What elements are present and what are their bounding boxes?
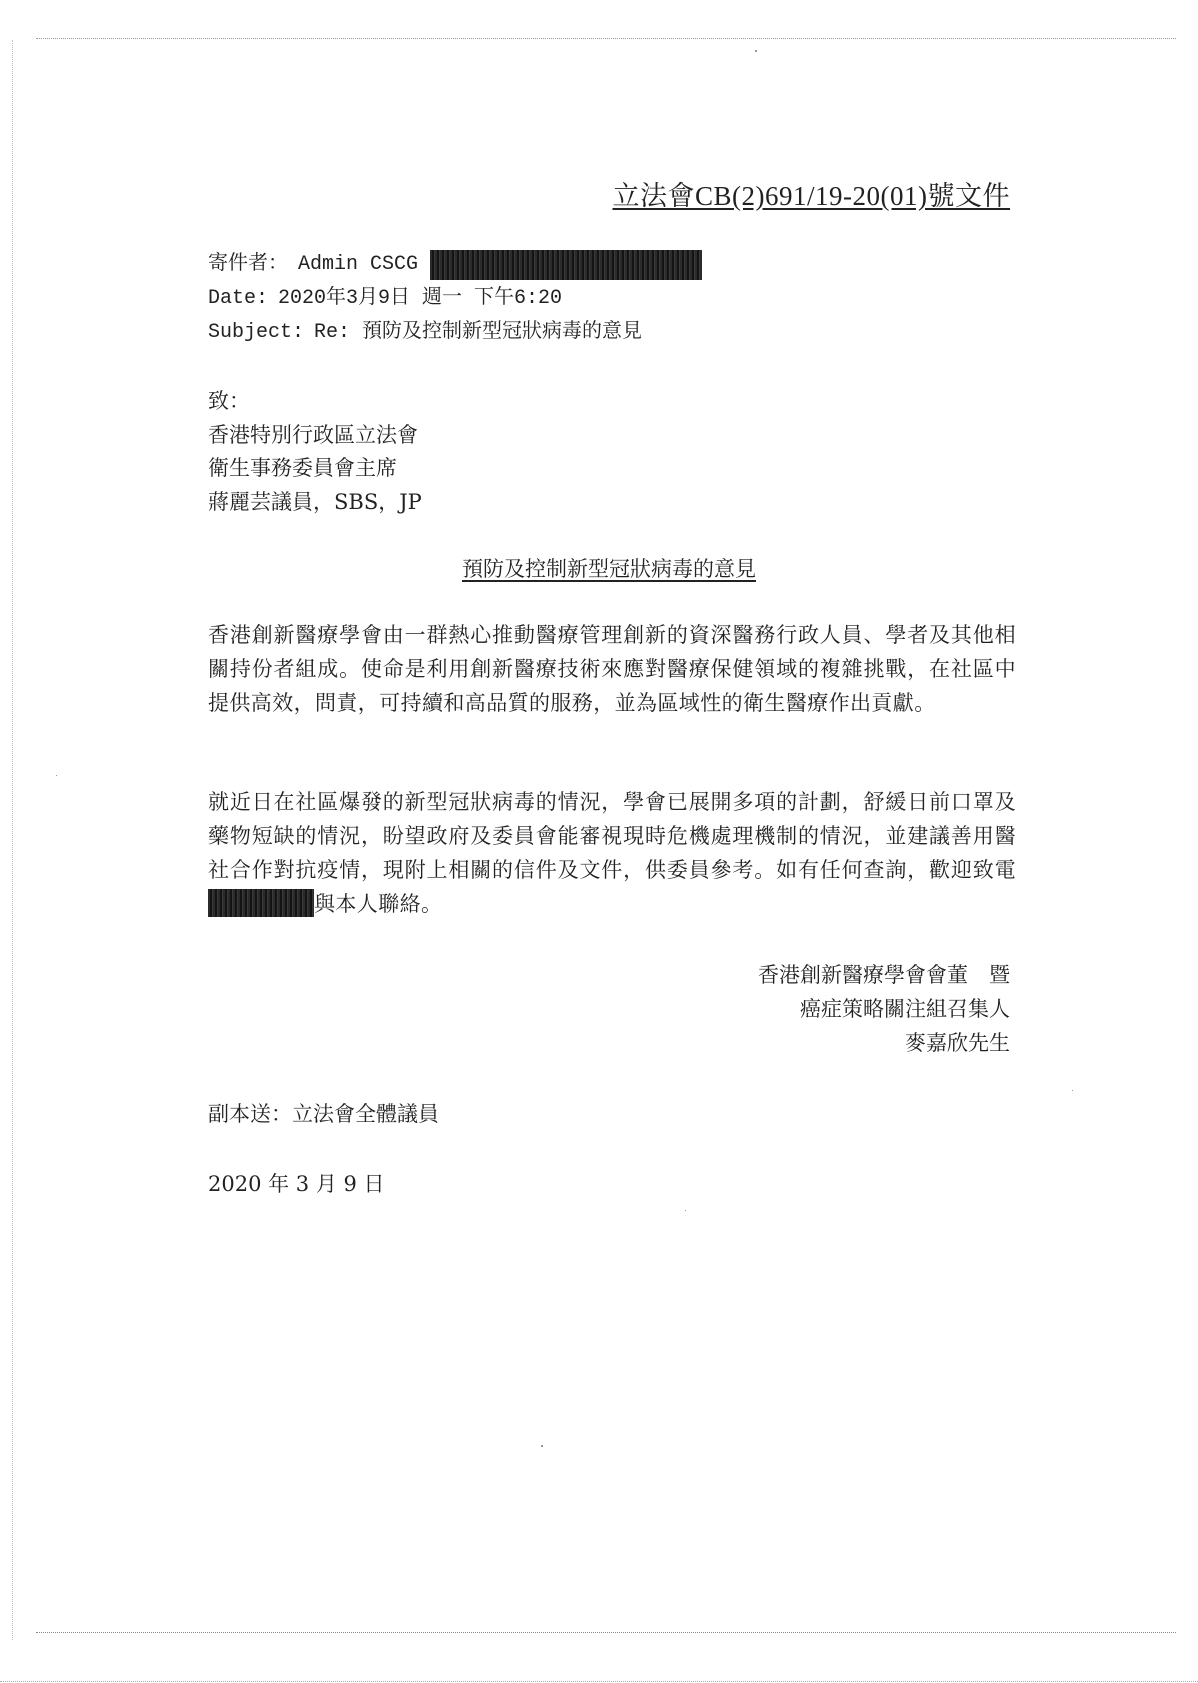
email-header: 寄件者： Admin CSCG Date: 2020年3月9日 週一 下午6:2…: [208, 248, 702, 350]
scan-speck: [1072, 1090, 1073, 1091]
paragraph-request: 就近日在社區爆發的新型冠狀病毒的情況，學會已展開多項的計劃，舒緩日前口罩及藥物短…: [208, 785, 1016, 921]
email-from-row: 寄件者： Admin CSCG: [208, 248, 702, 282]
redacted-email-block: [430, 250, 702, 280]
scan-border-bottom: [36, 1632, 1176, 1633]
scan-speck: [56, 775, 57, 776]
from-label: 寄件者：: [208, 248, 288, 282]
redacted-phone-block: [208, 889, 314, 917]
recipient-line-organization: 香港特別行政區立法會: [208, 419, 422, 453]
email-subject-row: Subject: Re: 預防及控制新型冠狀病毒的意見: [208, 316, 702, 350]
scan-speck: [685, 1210, 686, 1211]
to-label: 致：: [208, 385, 422, 419]
date-value: 2020年3月9日 週一 下午6:20: [278, 282, 562, 316]
scan-border-bottom-edge: [0, 1681, 1198, 1682]
letter-date: 2020 年 3 月 9 日: [208, 1168, 385, 1198]
scan-speck: [755, 50, 757, 52]
recipient-block: 致： 香港特別行政區立法會 衛生事務委員會主席 蔣麗芸議員，SBS，JP: [208, 385, 422, 519]
from-value: Admin CSCG: [298, 248, 418, 282]
paragraph-request-closing: 與本人聯絡。: [314, 892, 442, 916]
paragraph-introduction: 香港創新醫療學會由一群熱心推動醫療管理創新的資深醫務行政人員、學者及其他相關持份…: [208, 618, 1016, 720]
signature-block: 香港創新醫療學會會董 暨 癌症策略關注組召集人 麥嘉欣先生: [758, 958, 1010, 1060]
letter-title: 預防及控制新型冠狀病毒的意見: [0, 553, 1198, 583]
cc-line: 副本送：立法會全體議員: [208, 1098, 439, 1128]
signature-line-title: 香港創新醫療學會會董 暨: [758, 958, 1010, 992]
date-label: Date:: [208, 282, 268, 316]
email-date-row: Date: 2020年3月9日 週一 下午6:20: [208, 282, 702, 316]
document-reference-number: 立法會CB(2)691/19-20(01)號文件: [613, 174, 1010, 213]
subject-value: Re: 預防及控制新型冠狀病毒的意見: [314, 316, 642, 350]
scan-speck: [541, 1445, 543, 1447]
signature-line-name: 麥嘉欣先生: [758, 1026, 1010, 1060]
subject-label: Subject:: [208, 316, 304, 350]
recipient-line-name: 蔣麗芸議員，SBS，JP: [208, 486, 422, 520]
scan-border-top: [36, 38, 1176, 39]
scan-border-left: [12, 40, 13, 1640]
recipient-line-committee: 衛生事務委員會主席: [208, 452, 422, 486]
paragraph-request-text: 就近日在社區爆發的新型冠狀病毒的情況，學會已展開多項的計劃，舒緩日前口罩及藥物短…: [208, 790, 1016, 882]
signature-line-role: 癌症策略關注組召集人: [758, 992, 1010, 1026]
